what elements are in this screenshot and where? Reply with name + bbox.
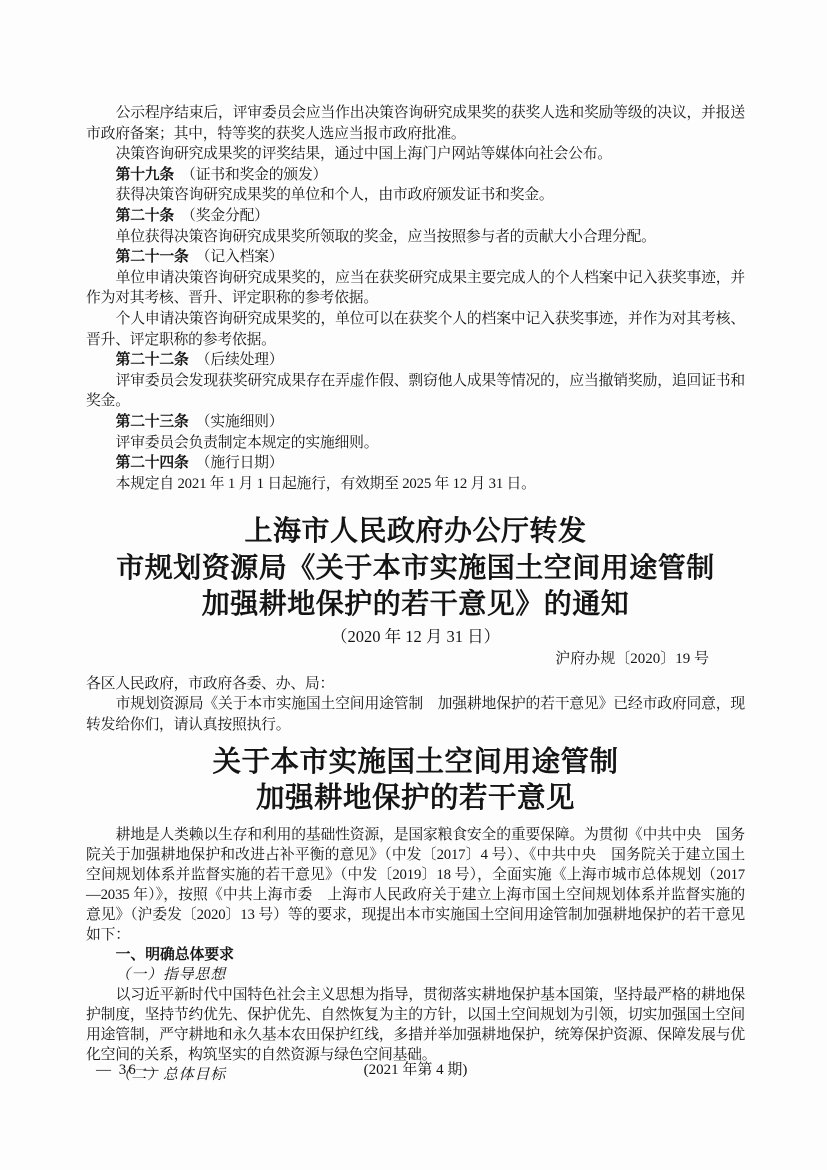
page-footer: — 36 — (2021 年第 4 期) [86,1060,745,1080]
article-heading: 第二十三条 （实施细则） [86,412,745,433]
paragraph: 市规划资源局《关于本市实施国土空间用途管制 加强耕地保护的若干意见》已经市政府同… [86,694,745,735]
notice-doc-number: 沪府办规〔2020〕19 号 [86,649,745,669]
paragraph: 个人申请决策咨询研究成果奖的，单位可以在获奖个人的档案中记入获奖事迹，并作为对其… [86,309,745,350]
opinions-title: 关于本市实施国土空间用途管制 加强耕地保护的若干意见 [86,745,745,817]
opinions-paragraphs: 耕地是人类赖以生存和利用的基础性资源，是国家粮食安全的重要保障。为贯彻《中共中央… [86,825,745,1085]
article-title: （后续处理） [189,352,284,368]
paragraph: 决策咨询研究成果奖的评奖结果，通过中国上海门户网站等媒体向社会公布。 [86,144,745,165]
paragraph: 单位获得决策咨询研究成果奖所领取的奖金，应当按照参与者的贡献大小合理分配。 [86,227,745,248]
regulation-paragraphs: 公示程序结束后，评审委员会应当作出决策咨询研究成果奖的获奖人选和奖励等级的决议，… [86,103,745,494]
article-heading: 第二十条 （奖金分配） [86,206,745,227]
article-number: 第二十条 [116,208,174,224]
paragraph: 获得决策咨询研究成果奖的单位和个人，由市政府颁发证书和奖金。 [86,185,745,206]
article-title: （记入档案） [189,249,284,265]
article-heading: 第二十二条 （后续处理） [86,350,745,371]
article-title: （实施细则） [189,414,284,430]
document-page: 公示程序结束后，评审委员会应当作出决策咨询研究成果奖的获奖人选和奖励等级的决议，… [0,0,827,1170]
notice-title: 上海市人民政府办公厅转发 市规划资源局《关于本市实施国土空间用途管制 加强耕地保… [86,514,745,624]
opinions-title-line: 关于本市实施国土空间用途管制 [86,745,745,781]
regulation-section: 公示程序结束后，评审委员会应当作出决策咨询研究成果奖的获奖人选和奖励等级的决议，… [86,103,745,494]
paragraph: 评审委员会发现获奖研究成果存在弄虚作假、剽窃他人成果等情况的，应当撤销奖励，追回… [86,371,745,412]
notice-title-line: 上海市人民政府办公厅转发 [86,514,745,551]
notice-title-line: 加强耕地保护的若干意见》的通知 [86,587,745,624]
notice-header: 上海市人民政府办公厅转发 市规划资源局《关于本市实施国土空间用途管制 加强耕地保… [86,514,745,669]
notice-date: （2020 年 12 月 31 日） [86,625,745,648]
article-number: 第二十四条 [116,455,189,471]
article-number: 第二十一条 [116,249,189,265]
opinions-title-line: 加强耕地保护的若干意见 [86,781,745,817]
paragraph: 本规定自 2021 年 1 月 1 日起施行，有效期至 2025 年 12 月 … [86,474,745,495]
transmittal-paragraphs: 市规划资源局《关于本市实施国土空间用途管制 加强耕地保护的若干意见》已经市政府同… [86,694,745,735]
salutation: 各区人民政府，市政府各委、办、局： [86,674,745,695]
page-number: — 36 — [96,1060,161,1080]
notice-title-line: 市规划资源局《关于本市实施国土空间用途管制 [86,551,745,588]
article-title: （施行日期） [189,455,284,471]
paragraph: 单位申请决策咨询研究成果奖的，应当在获奖研究成果主要完成人的个人档案中记入获奖事… [86,268,745,309]
article-title: （奖金分配） [174,208,269,224]
article-title: （证书和奖金的颁发） [174,167,327,183]
paragraph: 评审委员会负责制定本规定的实施细则。 [86,433,745,454]
issue-label: (2021 年第 4 期) [86,1060,745,1080]
section-heading: 一、明确总体要求 [86,945,745,965]
article-number: 第十九条 [116,167,174,183]
article-heading: 第二十一条 （记入档案） [86,247,745,268]
transmittal-section: 各区人民政府，市政府各委、办、局： 市规划资源局《关于本市实施国土空间用途管制 … [86,674,745,736]
sub-heading: （一）指导思想 [86,965,745,985]
article-heading: 第十九条 （证书和奖金的颁发） [86,165,745,186]
paragraph: 以习近平新时代中国特色社会主义思想为指导，贯彻落实耕地保护基本国策，坚持最严格的… [86,985,745,1065]
article-number: 第二十三条 [116,414,189,430]
opinions-section: 耕地是人类赖以生存和利用的基础性资源，是国家粮食安全的重要保障。为贯彻《中共中央… [86,825,745,1085]
article-heading: 第二十四条 （施行日期） [86,453,745,474]
paragraph: 公示程序结束后，评审委员会应当作出决策咨询研究成果奖的获奖人选和奖励等级的决议，… [86,103,745,144]
paragraph: 耕地是人类赖以生存和利用的基础性资源，是国家粮食安全的重要保障。为贯彻《中共中央… [86,825,745,945]
article-number: 第二十二条 [116,352,189,368]
